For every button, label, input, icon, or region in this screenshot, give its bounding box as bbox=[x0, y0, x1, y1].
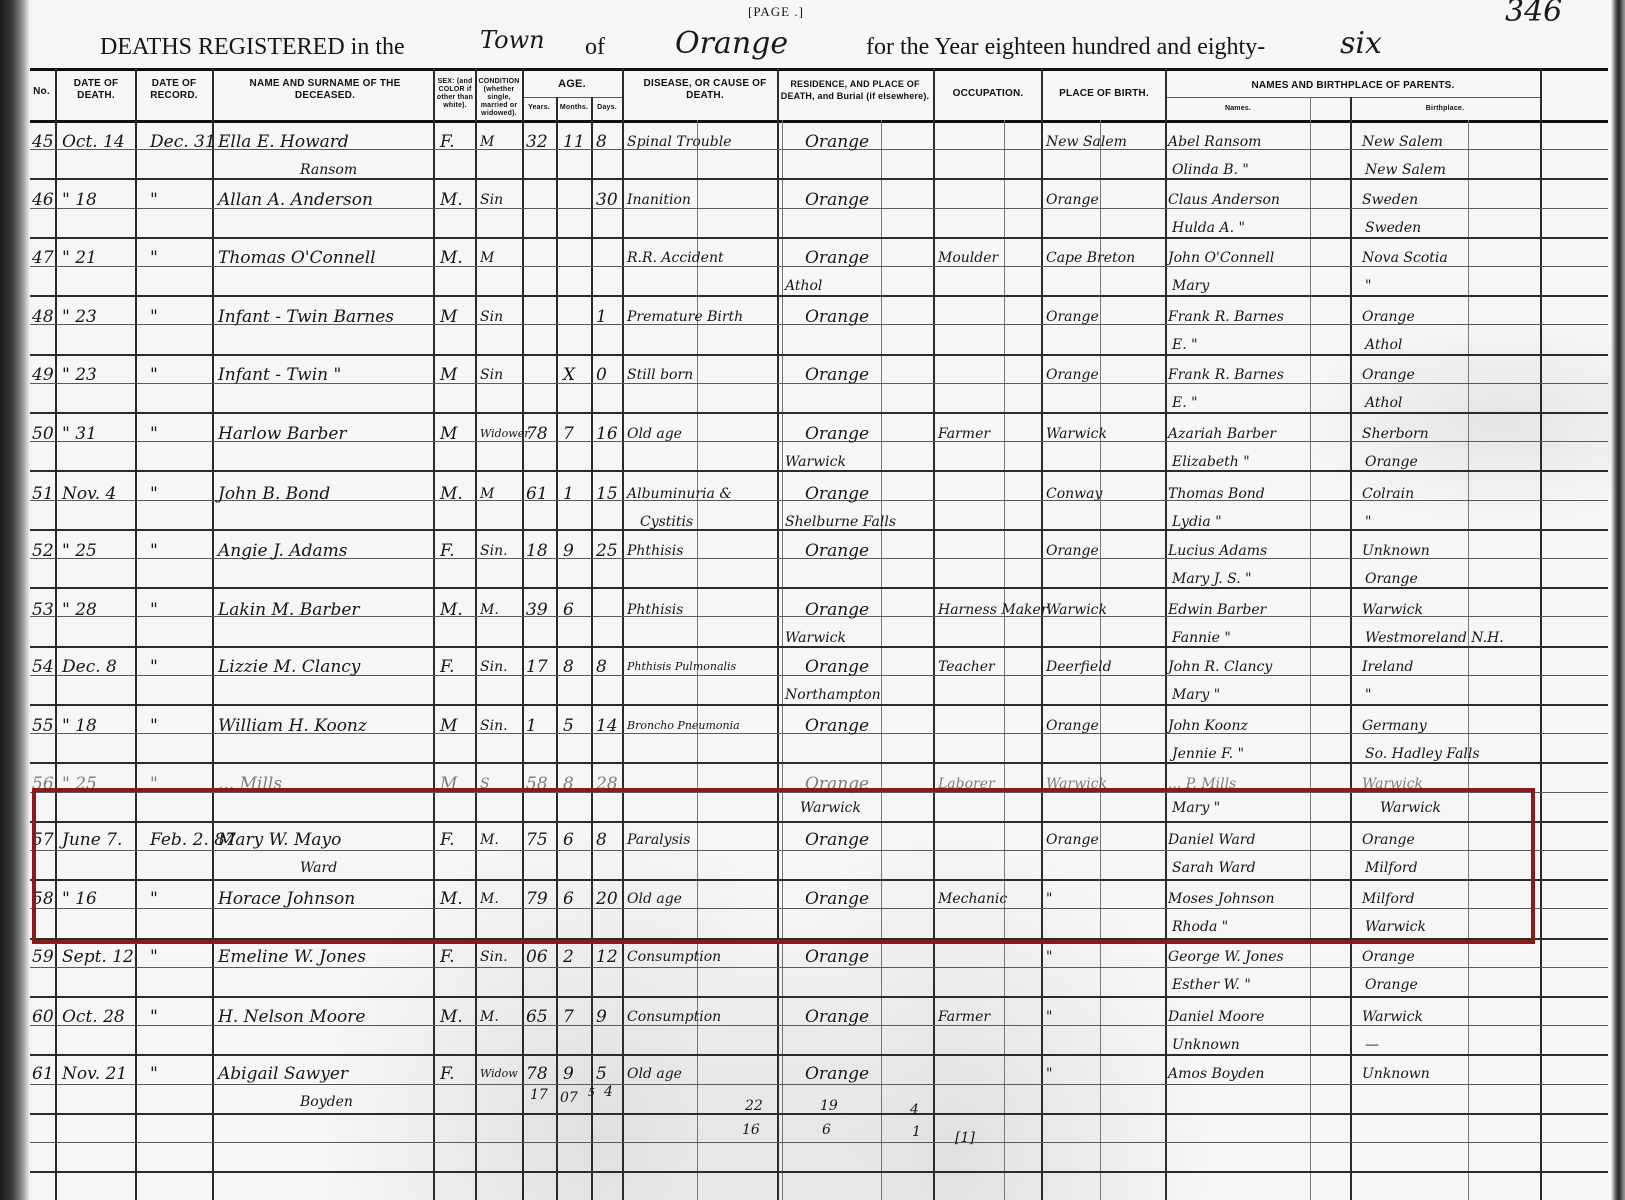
entry-date-of-record: Dec. 31 bbox=[150, 132, 216, 152]
entry-residence: Orange bbox=[805, 190, 869, 210]
entry-mother-name: Hulda A. " bbox=[1172, 218, 1245, 238]
ruled-line bbox=[30, 1171, 1608, 1173]
entry-age-days: 12 bbox=[596, 947, 618, 967]
entry-date-of-record: " bbox=[150, 484, 158, 504]
entry-age-months: 8 bbox=[563, 657, 574, 677]
entry-father-name: Abel Ransom bbox=[1168, 132, 1261, 152]
entry-father-name: George W. Jones bbox=[1168, 947, 1284, 967]
entry-residence: Orange bbox=[805, 424, 869, 444]
entry-residence: Orange bbox=[805, 307, 869, 327]
entry-no: 54 bbox=[32, 657, 54, 677]
entry-age-months: 1 bbox=[563, 484, 574, 504]
entry-residence-line2: Warwick bbox=[785, 452, 846, 472]
entry-age-months: 9 bbox=[563, 1064, 574, 1084]
entry-disease-line2: Cystitis bbox=[640, 512, 693, 532]
entry-date-of-death: Oct. 28 bbox=[62, 1007, 125, 1027]
entry-residence: Orange bbox=[805, 947, 869, 967]
book-binding bbox=[0, 0, 30, 1200]
col-rule bbox=[881, 120, 882, 1200]
entry-condition: Sin. bbox=[480, 541, 508, 561]
entry-place-of-birth: Warwick bbox=[1046, 424, 1107, 444]
entry-place-of-birth: New Salem bbox=[1046, 132, 1127, 152]
entry-age-months: X bbox=[563, 365, 575, 385]
entry-no: 47 bbox=[32, 248, 54, 268]
entry-mother-name: Unknown bbox=[1172, 1035, 1240, 1055]
entry-no: 51 bbox=[32, 484, 54, 504]
entry-date-of-record: " bbox=[150, 1007, 158, 1027]
entry-no: 61 bbox=[32, 1064, 54, 1084]
entry-father-birthplace: Nova Scotia bbox=[1362, 248, 1448, 268]
page-number: 346 bbox=[1505, 0, 1562, 29]
entry-father-birthplace: Sweden bbox=[1362, 190, 1418, 210]
entry-age-years: 39 bbox=[526, 600, 548, 620]
entry-no: 48 bbox=[32, 307, 54, 327]
entry-disease: Consumption bbox=[627, 947, 721, 967]
entry-date-of-death: Nov. 21 bbox=[62, 1064, 127, 1084]
entry-sex: F. bbox=[440, 657, 455, 677]
entry-residence: Orange bbox=[805, 1007, 869, 1027]
entry-no: 59 bbox=[32, 947, 54, 967]
entry-age-years: 1 bbox=[526, 716, 537, 736]
entry-name: Ella E. Howard bbox=[218, 132, 349, 152]
total-residence-a: 19 bbox=[820, 1096, 838, 1116]
entry-age-months: 9 bbox=[563, 541, 574, 561]
entry-mother-name: Esther W. " bbox=[1172, 975, 1251, 995]
entry-place-of-birth: Orange bbox=[1046, 716, 1099, 736]
entry-mother-name: Mary bbox=[1172, 276, 1209, 296]
entry-age-days: 14 bbox=[596, 716, 618, 736]
entry-date-of-record: " bbox=[150, 365, 158, 385]
entry-date-of-death: " 18 bbox=[62, 190, 97, 210]
ruled-line bbox=[30, 1113, 1608, 1115]
ruled-line bbox=[30, 996, 1608, 998]
entry-age-days: 5 bbox=[596, 1064, 607, 1084]
entry-name: Thomas O'Connell bbox=[218, 248, 376, 268]
entry-disease: Phthisis Pulmonalis bbox=[627, 657, 736, 677]
header-parents-names: Names. bbox=[1168, 105, 1308, 113]
entry-age-months: 6 bbox=[563, 600, 574, 620]
entry-occupation: Moulder bbox=[938, 248, 998, 268]
entry-name: Emeline W. Jones bbox=[218, 947, 366, 967]
entry-name: William H. Koonz bbox=[218, 716, 367, 736]
entry-date-of-death: Nov. 4 bbox=[62, 484, 116, 504]
entry-sex: F. bbox=[440, 1064, 455, 1084]
total-residence-b: 6 bbox=[822, 1120, 831, 1140]
entry-date-of-death: " 21 bbox=[62, 248, 97, 268]
entry-date-of-record: " bbox=[150, 657, 158, 677]
entry-condition: M bbox=[480, 484, 494, 504]
col-rule bbox=[1004, 120, 1005, 1200]
entry-name: Infant - Twin Barnes bbox=[218, 307, 394, 327]
entry-residence-line2: Athol bbox=[785, 276, 822, 296]
entry-disease: Broncho Pneumonia bbox=[627, 716, 740, 736]
header-place-of-birth: PLACE OF BIRTH. bbox=[1044, 88, 1164, 100]
entry-age-years: 78 bbox=[526, 424, 548, 444]
entry-occupation: Farmer bbox=[938, 424, 990, 444]
entry-age-days: 30 bbox=[596, 190, 618, 210]
ruled-line bbox=[30, 1142, 1608, 1143]
entry-residence-line2: Shelburne Falls bbox=[785, 512, 896, 532]
entry-place-of-birth: Deerfield bbox=[1046, 657, 1112, 677]
header-name: NAME AND SURNAME OF THE DECEASED. bbox=[240, 78, 410, 102]
entry-name: H. Nelson Moore bbox=[218, 1007, 365, 1027]
entry-mother-birthplace: " bbox=[1365, 512, 1371, 532]
entry-no: 52 bbox=[32, 541, 54, 561]
entry-name: Harlow Barber bbox=[218, 424, 347, 444]
header-parents: NAMES AND BIRTHPLACE OF PARENTS. bbox=[1168, 80, 1538, 92]
entry-place-of-birth: " bbox=[1046, 1007, 1052, 1027]
entry-mother-name: Elizabeth " bbox=[1172, 452, 1250, 472]
col-rule bbox=[782, 120, 783, 1200]
entry-father-name: Frank R. Barnes bbox=[1168, 365, 1284, 385]
entry-sex: M. bbox=[440, 190, 463, 210]
entry-condition: Widow bbox=[480, 1064, 518, 1084]
entry-residence: Orange bbox=[805, 716, 869, 736]
entry-date-of-death: " 23 bbox=[62, 365, 97, 385]
entry-name: John B. Bond bbox=[218, 484, 330, 504]
entry-mother-name: Lydia " bbox=[1172, 512, 1222, 532]
entry-place-of-birth: " bbox=[1046, 1064, 1052, 1084]
entry-mother-name: Olinda B. " bbox=[1172, 160, 1249, 180]
col-rule bbox=[1350, 97, 1352, 1200]
header-no: No. bbox=[28, 86, 55, 98]
ruled-line bbox=[30, 967, 1608, 968]
entry-father-name: Frank R. Barnes bbox=[1168, 307, 1284, 327]
entry-father-name: Amos Boyden bbox=[1168, 1064, 1264, 1084]
register-page: [PAGE .] 346 DEATHS REGISTERED in the To… bbox=[0, 0, 1625, 1200]
entry-father-birthplace: Warwick bbox=[1362, 600, 1423, 620]
entry-disease: Still born bbox=[627, 365, 693, 385]
register-title: DEATHS REGISTERED in the Town of Orange … bbox=[100, 30, 1500, 66]
entry-age-years: 78 bbox=[526, 1064, 548, 1084]
total-years: 17 bbox=[530, 1085, 548, 1105]
entry-date-of-death: Oct. 14 bbox=[62, 132, 125, 152]
entry-sex: M. bbox=[440, 600, 463, 620]
header-age-days: Days. bbox=[592, 104, 622, 112]
entry-residence: Orange bbox=[805, 132, 869, 152]
entry-sex: M. bbox=[440, 484, 463, 504]
entry-place-of-birth: " bbox=[1046, 947, 1052, 967]
header-date-of-record: DATE OF RECORD. bbox=[138, 78, 210, 102]
entry-place-of-birth: Orange bbox=[1046, 190, 1099, 210]
entry-father-name: Daniel Moore bbox=[1168, 1007, 1264, 1027]
entry-father-birthplace: Germany bbox=[1362, 716, 1427, 736]
entry-condition: M bbox=[480, 132, 494, 152]
header-residence: RESIDENCE, AND PLACE OF DEATH, and Buria… bbox=[780, 78, 930, 102]
entry-place-of-birth: Orange bbox=[1046, 307, 1099, 327]
entry-mother-name: Jennie F. " bbox=[1172, 744, 1244, 764]
entry-age-years: 61 bbox=[526, 484, 548, 504]
entry-age-years: 32 bbox=[526, 132, 548, 152]
entry-sex: F. bbox=[440, 541, 455, 561]
entry-date-of-death: Sept. 12 bbox=[62, 947, 134, 967]
entry-disease: Premature Birth bbox=[627, 307, 743, 327]
entry-father-name: Claus Anderson bbox=[1168, 190, 1280, 210]
entry-condition: Sin. bbox=[480, 947, 508, 967]
header-sex: SEX: (and COLOR if other than white). bbox=[436, 78, 474, 110]
entry-mother-birthplace: New Salem bbox=[1365, 160, 1446, 180]
entry-condition: Sin bbox=[480, 190, 503, 210]
entry-age-days: 1 bbox=[596, 307, 607, 327]
entry-place-of-birth: Orange bbox=[1046, 541, 1099, 561]
entry-father-name: Lucius Adams bbox=[1168, 541, 1267, 561]
entry-father-birthplace: Orange bbox=[1362, 365, 1415, 385]
entry-name: Infant - Twin " bbox=[218, 365, 341, 385]
entry-date-of-record: " bbox=[150, 947, 158, 967]
entry-condition: Sin. bbox=[480, 657, 508, 677]
entry-age-years: 65 bbox=[526, 1007, 548, 1027]
entry-condition: Sin bbox=[480, 365, 503, 385]
title-of: of bbox=[585, 34, 605, 61]
entry-name: Angie J. Adams bbox=[218, 541, 347, 561]
col-rule bbox=[591, 97, 593, 1200]
entry-date-of-record: " bbox=[150, 248, 158, 268]
entry-mother-birthplace: Westmoreland N.H. bbox=[1365, 628, 1504, 648]
entry-disease: Old age bbox=[627, 1064, 682, 1084]
entry-disease: Phthisis bbox=[627, 541, 683, 561]
entry-sex: M. bbox=[440, 1007, 463, 1027]
entry-name-line2: Boyden bbox=[300, 1092, 353, 1112]
entry-disease: Consumption bbox=[627, 1007, 721, 1027]
header-condition: CONDITION (whether single, married or wi… bbox=[477, 78, 521, 118]
entry-date-of-death: " 25 bbox=[62, 541, 97, 561]
entry-sex: F. bbox=[440, 132, 455, 152]
highlight-box-records-57-58 bbox=[32, 788, 1535, 944]
entry-mother-birthplace: — bbox=[1365, 1035, 1379, 1055]
entry-place-of-birth: Cape Breton bbox=[1046, 248, 1135, 268]
header-parents-birthplace: Birthplace. bbox=[1352, 105, 1538, 113]
entry-father-birthplace: Warwick bbox=[1362, 1007, 1423, 1027]
entry-age-days: 0 bbox=[596, 365, 607, 385]
entry-no: 50 bbox=[32, 424, 54, 444]
entry-father-name: John O'Connell bbox=[1168, 248, 1274, 268]
entry-father-name: John R. Clancy bbox=[1168, 657, 1272, 677]
entry-mother-name: Mary " bbox=[1172, 685, 1220, 705]
entry-occupation: Teacher bbox=[938, 657, 995, 677]
entry-father-birthplace: New Salem bbox=[1362, 132, 1443, 152]
entry-disease: Old age bbox=[627, 424, 682, 444]
entry-age-months: 7 bbox=[563, 424, 574, 444]
entry-disease: Inanition bbox=[627, 190, 691, 210]
entry-occupation: Harness Maker bbox=[938, 600, 1048, 620]
entry-father-birthplace: Colrain bbox=[1362, 484, 1414, 504]
entry-sex: M bbox=[440, 307, 457, 327]
entry-father-name: Azariah Barber bbox=[1168, 424, 1276, 444]
header-bottom-rule bbox=[30, 120, 1608, 123]
entry-residence-line2: Northampton bbox=[785, 685, 881, 705]
entry-name: Lizzie M. Clancy bbox=[218, 657, 360, 677]
entry-date-of-record: " bbox=[150, 716, 158, 736]
header-date-of-death: DATE OF DEATH. bbox=[60, 78, 132, 102]
header-occupation: OCCUPATION. bbox=[936, 88, 1040, 100]
entry-age-days: 8 bbox=[596, 657, 607, 677]
occupation-mark: [1] bbox=[955, 1128, 975, 1148]
entry-date-of-death: Dec. 8 bbox=[62, 657, 117, 677]
entry-no: 55 bbox=[32, 716, 54, 736]
entry-age-years: 18 bbox=[526, 541, 548, 561]
entry-mother-name: E. " bbox=[1172, 335, 1198, 355]
entry-age-months: 5 bbox=[563, 716, 574, 736]
entry-age-months: 11 bbox=[563, 132, 585, 152]
entry-condition: Sin. bbox=[480, 716, 508, 736]
entry-name: Allan A. Anderson bbox=[218, 190, 373, 210]
page-label: [PAGE .] bbox=[748, 4, 804, 20]
entry-age-days: 25 bbox=[596, 541, 618, 561]
col-rule bbox=[1468, 120, 1469, 1200]
entry-no: 53 bbox=[32, 600, 54, 620]
entry-place-of-birth: Warwick bbox=[1046, 600, 1107, 620]
ruled-line bbox=[30, 1084, 1608, 1085]
header-age-months: Months. bbox=[557, 104, 591, 112]
total-days-a: 5 bbox=[588, 1083, 595, 1103]
total-disease-a: 22 bbox=[745, 1096, 763, 1116]
entry-date-of-death: " 18 bbox=[62, 716, 97, 736]
entry-father-birthplace: Orange bbox=[1362, 947, 1415, 967]
entry-condition: M. bbox=[480, 1007, 499, 1027]
entry-father-name: Edwin Barber bbox=[1168, 600, 1266, 620]
entry-mother-birthplace: Sweden bbox=[1365, 218, 1421, 238]
entry-residence: Orange bbox=[805, 1064, 869, 1084]
entry-date-of-death: " 23 bbox=[62, 307, 97, 327]
entry-date-of-record: " bbox=[150, 424, 158, 444]
entry-date-of-record: " bbox=[150, 600, 158, 620]
header-top-rule bbox=[30, 68, 1608, 71]
entry-place-of-birth: Orange bbox=[1046, 365, 1099, 385]
entry-condition: M. bbox=[480, 600, 499, 620]
entry-mother-birthplace: Orange bbox=[1365, 452, 1418, 472]
entry-date-of-record: " bbox=[150, 541, 158, 561]
entry-sex: M. bbox=[440, 248, 463, 268]
entry-age-months: 2 bbox=[563, 947, 574, 967]
entry-name: Lakin M. Barber bbox=[218, 600, 360, 620]
entry-mother-name: E. " bbox=[1172, 393, 1198, 413]
entry-residence: Orange bbox=[805, 541, 869, 561]
entry-date-of-death: " 28 bbox=[62, 600, 97, 620]
entry-no: 45 bbox=[32, 132, 54, 152]
title-year-text: for the Year eighteen hundred and eighty… bbox=[866, 34, 1265, 61]
entry-residence: Orange bbox=[805, 600, 869, 620]
entry-mother-birthplace: Athol bbox=[1365, 335, 1402, 355]
entry-mother-name: Mary J. S. " bbox=[1172, 569, 1252, 589]
total-residence-d: 4 bbox=[910, 1100, 919, 1120]
entry-name: Abigail Sawyer bbox=[218, 1064, 348, 1084]
age-subheader-rule bbox=[522, 97, 622, 98]
entry-mother-birthplace: " bbox=[1365, 276, 1371, 296]
entry-occupation: Farmer bbox=[938, 1007, 990, 1027]
entry-mother-birthplace: Orange bbox=[1365, 569, 1418, 589]
entry-father-birthplace: Unknown bbox=[1362, 541, 1430, 561]
entry-date-of-record: " bbox=[150, 190, 158, 210]
title-place-type: Town bbox=[480, 26, 545, 54]
entry-no: 60 bbox=[32, 1007, 54, 1027]
entry-age-months: 7 bbox=[563, 1007, 574, 1027]
total-residence-e: 1 bbox=[912, 1122, 921, 1142]
entry-mother-birthplace: " bbox=[1365, 685, 1371, 705]
entry-date-of-record: " bbox=[150, 307, 158, 327]
entry-disease: R.R. Accident bbox=[627, 248, 724, 268]
entry-age-days: 15 bbox=[596, 484, 618, 504]
entry-disease: Albuminuria & bbox=[627, 484, 732, 504]
entry-condition: Widower bbox=[480, 424, 529, 444]
header-disease: DISEASE, OR CAUSE OF DEATH. bbox=[640, 78, 770, 102]
entry-sex: F. bbox=[440, 947, 455, 967]
entry-father-name: John Koonz bbox=[1168, 716, 1248, 736]
title-prefix: DEATHS REGISTERED in the bbox=[100, 34, 405, 61]
entry-mother-name: Fannie " bbox=[1172, 628, 1231, 648]
entry-name-line2: Ransom bbox=[300, 160, 357, 180]
entry-father-birthplace: Orange bbox=[1362, 307, 1415, 327]
col-rule bbox=[556, 97, 558, 1200]
entry-sex: M bbox=[440, 424, 457, 444]
entry-age-years: 06 bbox=[526, 947, 548, 967]
entry-condition: M bbox=[480, 248, 494, 268]
entry-no: 49 bbox=[32, 365, 54, 385]
entry-date-of-record: " bbox=[150, 1064, 158, 1084]
total-months: 07 bbox=[560, 1088, 578, 1108]
page-edge bbox=[1611, 0, 1625, 1200]
header-age-years: Years. bbox=[522, 104, 556, 112]
entry-sex: M bbox=[440, 716, 457, 736]
total-days-b: 4 bbox=[604, 1082, 613, 1102]
entry-father-birthplace: Ireland bbox=[1362, 657, 1413, 677]
entry-sex: M bbox=[440, 365, 457, 385]
entry-disease: Phthisis bbox=[627, 600, 683, 620]
title-year-hand: six bbox=[1340, 26, 1382, 61]
entry-father-birthplace: Unknown bbox=[1362, 1064, 1430, 1084]
entry-age-years: 17 bbox=[526, 657, 548, 677]
total-disease-b: 16 bbox=[742, 1120, 760, 1140]
header-age: AGE. bbox=[522, 78, 622, 90]
entry-residence: Orange bbox=[805, 657, 869, 677]
entry-age-days: 8 bbox=[596, 132, 607, 152]
entry-place-of-birth: Conway bbox=[1046, 484, 1102, 504]
entry-residence: Orange bbox=[805, 365, 869, 385]
entry-mother-birthplace: So. Hadley Falls bbox=[1365, 744, 1480, 764]
entry-disease: Spinal Trouble bbox=[627, 132, 732, 152]
entry-age-days: 9 bbox=[596, 1007, 607, 1027]
entry-mother-birthplace: Athol bbox=[1365, 393, 1402, 413]
title-place: Orange bbox=[675, 26, 788, 61]
entry-age-days: 16 bbox=[596, 424, 618, 444]
parents-subheader-rule bbox=[1166, 97, 1541, 98]
col-rule bbox=[1310, 97, 1311, 1200]
entry-residence-line2: Warwick bbox=[785, 628, 846, 648]
entry-no: 46 bbox=[32, 190, 54, 210]
entry-mother-birthplace: Orange bbox=[1365, 975, 1418, 995]
entry-date-of-death: " 31 bbox=[62, 424, 97, 444]
entry-father-name: Thomas Bond bbox=[1168, 484, 1265, 504]
entry-condition: Sin bbox=[480, 307, 503, 327]
entry-residence: Orange bbox=[805, 484, 869, 504]
entry-residence: Orange bbox=[805, 248, 869, 268]
entry-father-birthplace: Sherborn bbox=[1362, 424, 1429, 444]
